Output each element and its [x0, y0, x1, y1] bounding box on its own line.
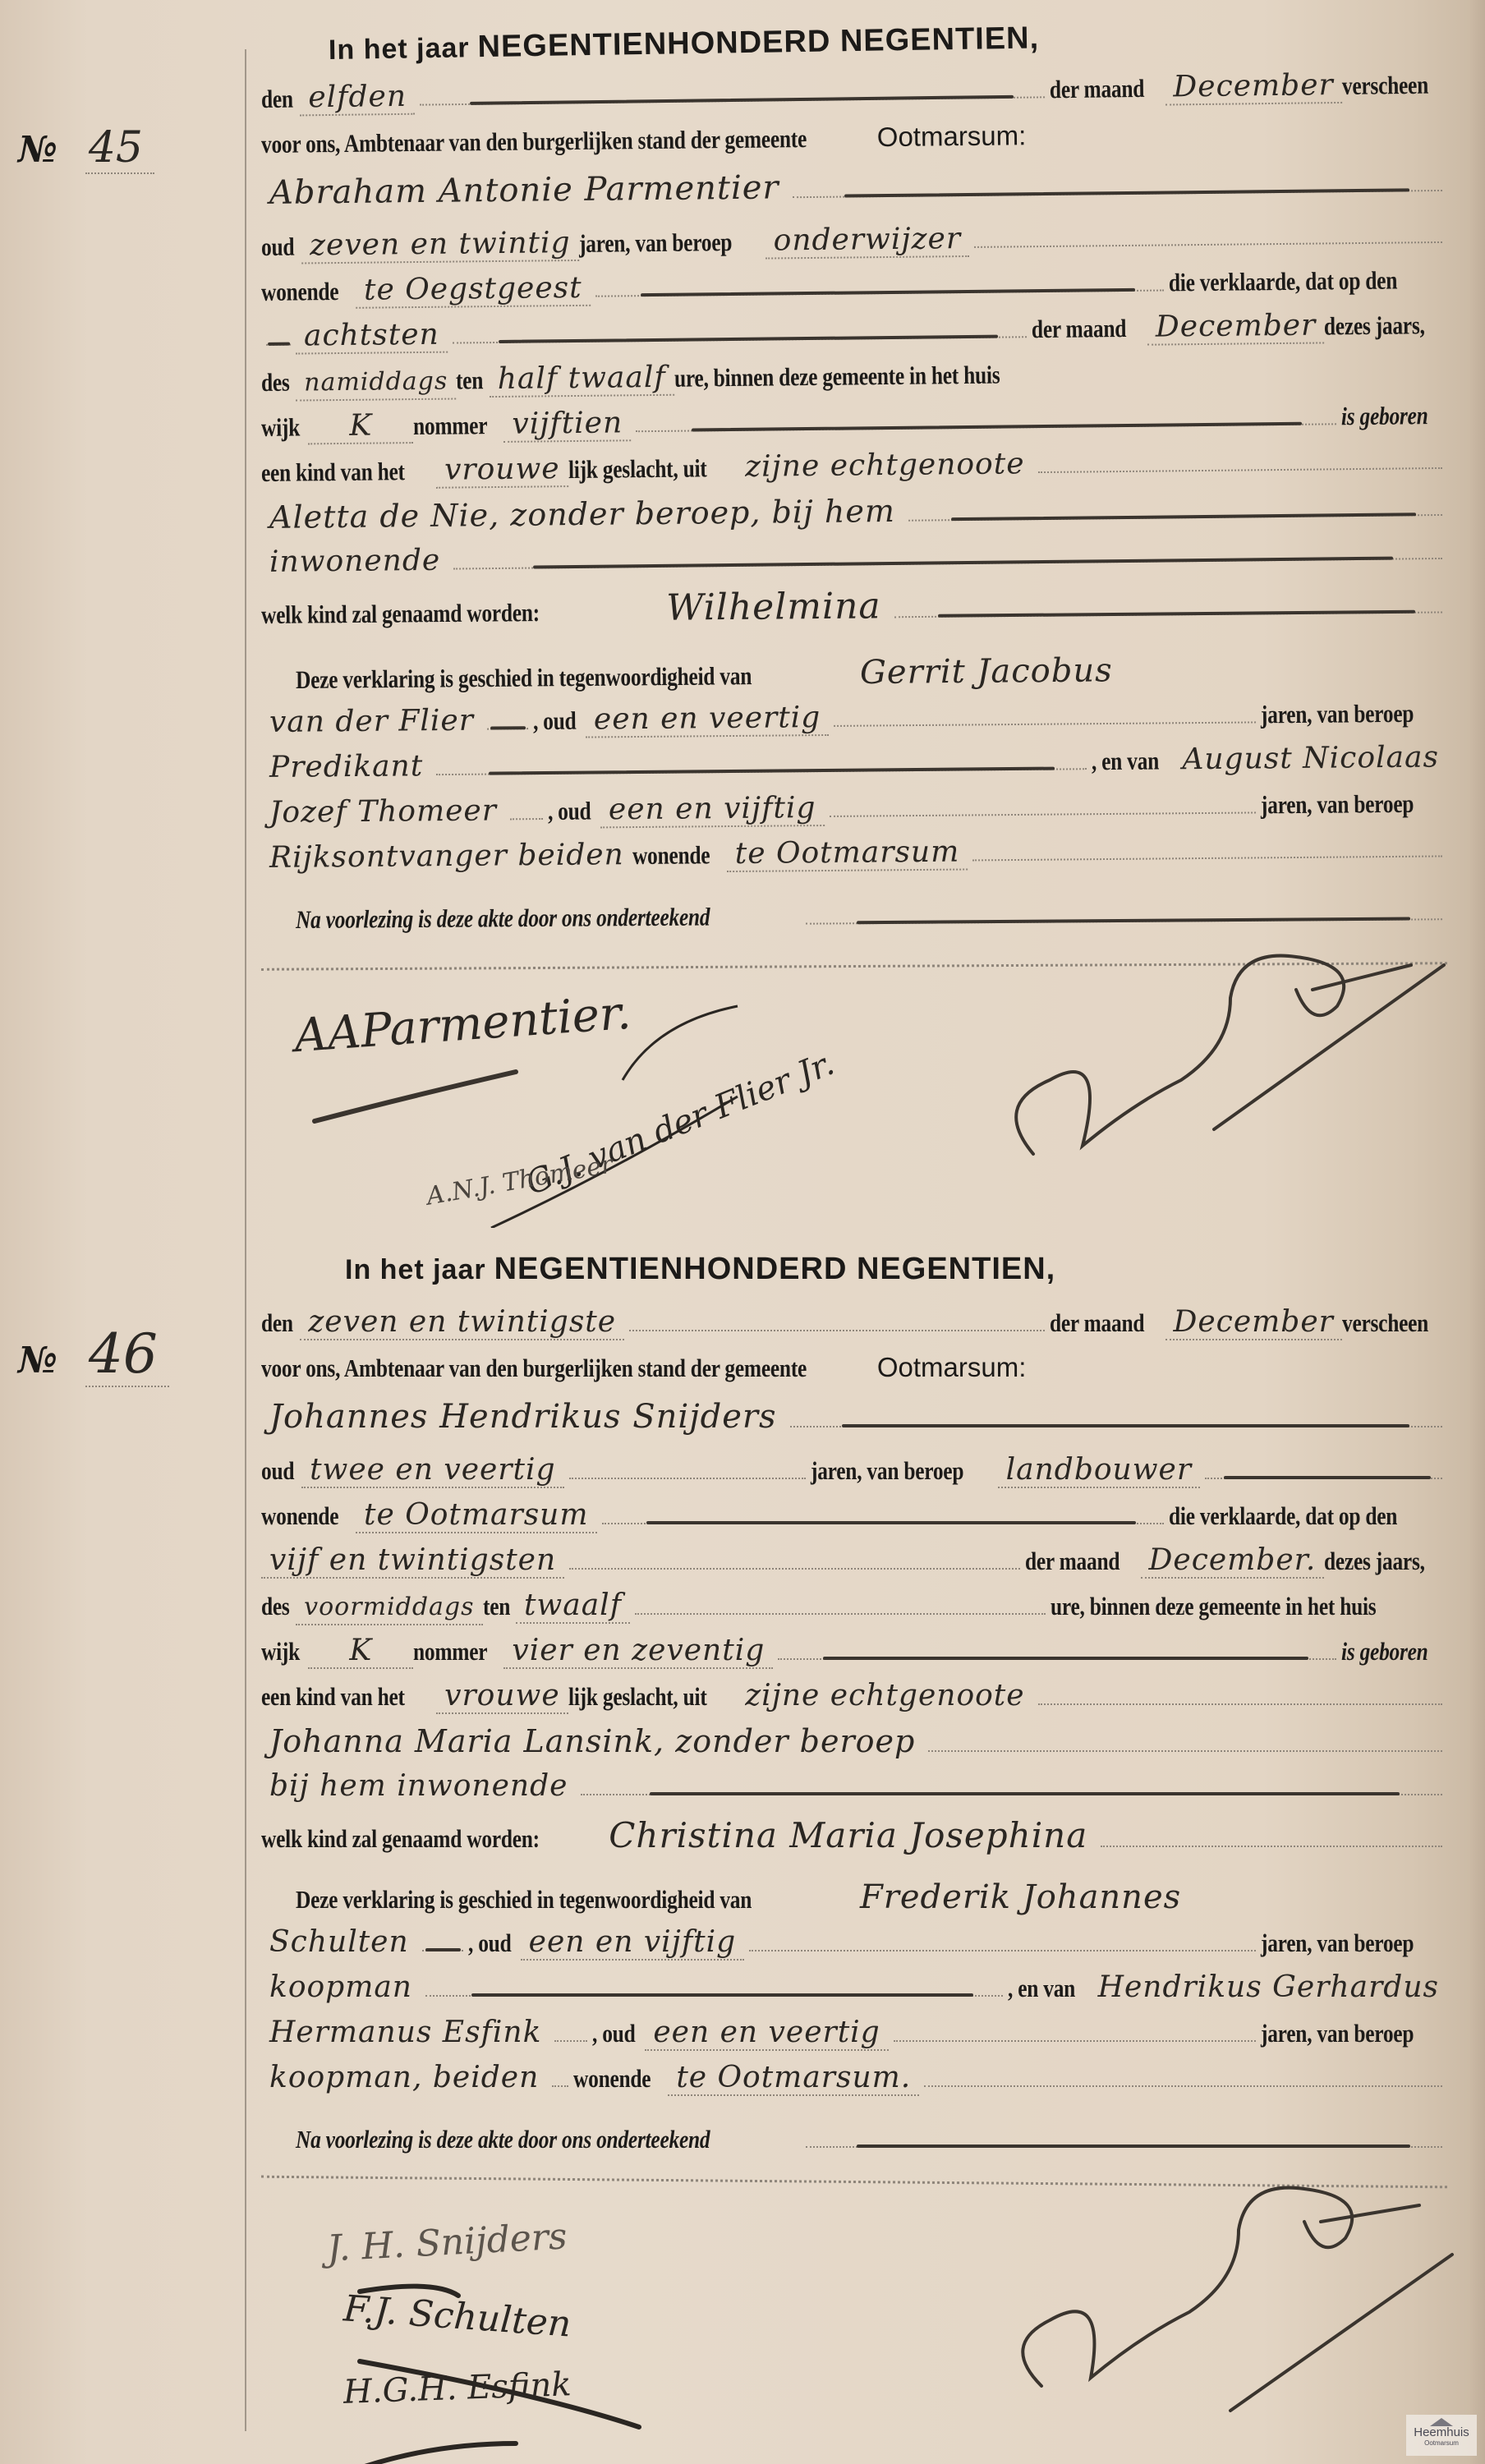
time-line: des voormiddags ten twaalf ure, binnen d… [261, 1589, 1447, 1625]
fill-line [792, 172, 1442, 198]
witness1-occupation: Predikant [261, 750, 432, 784]
birth-month: December. [1141, 1544, 1325, 1579]
house-line: wijk K nommer vier en zeventig is gebore… [261, 1634, 1447, 1669]
label-voor-ons: voor ons, Ambtenaar van den burgerlijken… [261, 1352, 807, 1385]
witness1-line: Schulten , oud een en vijftig jaren, van… [261, 1926, 1447, 1961]
signature-declarant: J. H. Snijders [326, 2215, 568, 2269]
label-der-maand: der maand [1050, 72, 1145, 106]
fill-line [552, 2067, 568, 2087]
fill-line [1205, 1460, 1442, 1479]
heading-prefix: In het jaar [345, 1253, 486, 1286]
label-en-van: , en van [1092, 744, 1159, 778]
fill-line [749, 1932, 1256, 1951]
declarant-age: twee en veertig [301, 1454, 563, 1488]
fill-line [928, 1732, 1442, 1752]
mother-line-3: bij hem inwonende [261, 1770, 576, 1803]
label-oud: , oud [468, 1927, 511, 1960]
label-wonende: wonende [261, 275, 339, 309]
municipality: Ootmarsum: [877, 119, 1027, 154]
house-number: vijftien [503, 407, 631, 443]
declarant-age: zeven en twintig [301, 227, 579, 264]
label-is-geboren: is geboren [1341, 1635, 1428, 1668]
fill-line [1101, 1827, 1442, 1847]
label-den: den [261, 83, 293, 116]
label-jaren-beroep: jaren, van beroep [1261, 2017, 1414, 2050]
sex-value: vrouwe [436, 453, 568, 489]
fill-line [1038, 1685, 1442, 1705]
house-line: wijk K nommer vijftien is geboren [261, 398, 1447, 445]
label-wijk: wijk [261, 1635, 300, 1668]
label-oud: oud [261, 1455, 294, 1487]
label-jaren-beroep: jaren, van beroep [1261, 1927, 1414, 1960]
fill-line [894, 593, 1442, 618]
fill-line [908, 496, 1442, 522]
fill-line [806, 900, 1442, 924]
label-wijk: wijk [261, 411, 300, 444]
watermark-logo: Heemhuis Ootmarsum [1406, 2415, 1477, 2456]
label-wonende: wonende [261, 1500, 338, 1533]
margin-rule [245, 49, 246, 2431]
label-der-maand: der maand [1050, 1307, 1144, 1340]
heading-line: In het jaar NEGENTIENHONDERD NEGENTIEN, [345, 1253, 1447, 1286]
official-line: voor ons, Ambtenaar van den burgerlijken… [261, 1351, 1447, 1385]
child-name-line: welk kind zal genaamd worden: Christina … [261, 1819, 1447, 1855]
birth-month: December [1147, 309, 1325, 345]
signature-area: AAParmentier. G.J. van der Flier Jr. A.N… [261, 965, 1447, 1228]
label-deze-verklaring: Deze verklaring is geschied in tegenwoor… [296, 1883, 752, 1916]
heading-year: NEGENTIENHONDERD NEGENTIEN, [477, 21, 1039, 63]
label-jaren-beroep: jaren, van beroep [1261, 788, 1414, 822]
witness2-occupation: Rijksontvanger beiden [261, 839, 632, 875]
residence-line: wonende te Ootmarsum die verklaarde, dat… [261, 1499, 1447, 1533]
mother-line-cont: inwonende [261, 534, 1447, 579]
witness1-occupation-line: koopman , en van Hendrikus Gerhardus [261, 1971, 1447, 2005]
fill-line [436, 750, 1087, 775]
fill-line [894, 2022, 1256, 2042]
label-lijk-geslacht: lijk geslacht, uit [568, 1680, 707, 1713]
declarant-residence: te Oegstgeest [356, 272, 591, 309]
mother-line-3: inwonende [261, 545, 449, 579]
witness-intro-line: Deze verklaring is geschied in tegenwoor… [296, 651, 1447, 696]
number-symbol: № [18, 1340, 57, 1381]
declarant-residence: te Ootmarsum [356, 1499, 596, 1533]
record-number-value: 46 [85, 1322, 169, 1387]
underline-flourish-icon [335, 2279, 746, 2464]
witness2-name-b: Hermanus Esfink [261, 2016, 549, 2049]
witness2-occupation: koopman, beiden [261, 2062, 547, 2094]
label-een-kind: een kind van het [261, 455, 405, 490]
watermark-place: Ootmarsum [1406, 2439, 1477, 2448]
closing-line: Na voorlezing is deze akte door ons onde… [296, 895, 1447, 936]
sex-line: een kind van het vrouwe lijk geslacht, u… [261, 444, 1447, 490]
declarant-line: Johannes Hendrikus Snijders [261, 1400, 1447, 1433]
hour: half twaalf [490, 361, 674, 398]
label-des: des [261, 1590, 290, 1623]
label-na-voorlezing: Na voorlezing is deze akte door ons onde… [296, 2123, 710, 2156]
label-jaren-beroep: jaren, van beroep [1261, 697, 1414, 732]
fill-line [487, 710, 528, 729]
label-dezes-jaars: dezes jaars, [1324, 309, 1425, 342]
sex-line: een kind van het vrouwe lijk geslacht, u… [261, 1680, 1447, 1714]
watermark-brand: Heemhuis [1406, 2426, 1477, 2439]
hour: twaalf [516, 1589, 630, 1624]
fill-line [425, 1977, 1003, 1997]
label-is-geboren: is geboren [1341, 399, 1428, 433]
witness2-occupation-line: Rijksontvanger beiden wonende te Ootmars… [261, 831, 1447, 876]
label-welk-kind: welk kind zal genaamd worden: [261, 596, 540, 632]
mother-line: Johanna Maria Lansink, zonder beroep [261, 1725, 1447, 1758]
label-na-voorlezing: Na voorlezing is deze akte door ons onde… [296, 900, 710, 936]
time-line: des namiddags ten half twaalf ure, binne… [261, 353, 1447, 402]
fill-line [453, 540, 1442, 570]
witness1-occupation-line: Predikant , en van August Nicolaas [261, 741, 1447, 785]
child-name: Christina Maria Josephina [600, 1819, 1096, 1852]
label-jaren-beroep: jaren, van beroep [811, 1455, 963, 1487]
closing-line: Na voorlezing is deze akte door ons onde… [296, 2123, 1447, 2156]
fill-line [602, 1505, 1164, 1524]
fill-line [510, 800, 543, 820]
mother-line-cont: bij hem inwonende [261, 1770, 1447, 1803]
label-ure-binnen: ure, binnen deze gemeente in het huis [674, 359, 1000, 395]
label-nommer: nommer [413, 1635, 487, 1668]
house-roof-icon [1430, 2418, 1453, 2426]
mother-line-2: Johanna Maria Lansink, zonder beroep [261, 1725, 923, 1758]
label-oud: , oud [548, 794, 591, 827]
fill-line [581, 1776, 1442, 1795]
fill-line [636, 405, 1336, 432]
house-number: vier en zeventig [503, 1634, 773, 1669]
label-die-verklaarde: die verklaarde, dat op den [1168, 264, 1397, 300]
official-line: voor ons, Ambtenaar van den burgerlijken… [261, 115, 1447, 161]
date-line: den elfden der maand December verscheen [261, 67, 1447, 117]
fill-line [266, 326, 291, 346]
declarant-occupation: landbouwer [998, 1454, 1200, 1488]
record-number: № 46 [18, 1322, 169, 1387]
residence-line: wonende te Oegstgeest die verklaarde, da… [261, 263, 1447, 310]
number-symbol: № [18, 129, 57, 171]
label-ure-binnen: ure, binnen deze gemeente in het huis [1051, 1590, 1376, 1623]
label-voor-ons: voor ons, Ambtenaar van den burgerlijken… [261, 122, 807, 161]
witness1-occupation: koopman [261, 1971, 421, 2004]
fill-line [629, 1312, 1045, 1331]
label-een-kind: een kind van het [261, 1680, 405, 1713]
mother-line-1: zijne echtgenoote [737, 1680, 1032, 1712]
mother-line-1: zijne echtgenoote [737, 448, 1033, 484]
witness1-age: een en vijftig [521, 1926, 745, 1961]
label-die-verklaarde: die verklaarde, dat op den [1169, 1500, 1397, 1533]
record-number-value: 45 [85, 123, 154, 174]
label-verscheen: verscheen [1342, 1307, 1428, 1340]
witness2-name-a: Hendrikus Gerhardus [1090, 1971, 1447, 2004]
heading-line: In het jaar NEGENTIENHONDERD NEGENTIEN, [329, 16, 1447, 67]
month-field: December [1165, 1306, 1342, 1340]
witnesses-residence: te Ootmarsum [727, 835, 968, 872]
fill-line [569, 1460, 807, 1479]
witness2-occupation-line: koopman, beiden wonende te Ootmarsum. [261, 2062, 1447, 2096]
witness1-name-b: Schulten [261, 1926, 417, 1959]
birth-date-line: vijf en twintigsten der maand December. … [261, 1544, 1447, 1579]
witness2-line: Hermanus Esfink , oud een en veertig jar… [261, 2016, 1447, 2051]
label-dezes-jaars: dezes jaars, [1324, 1545, 1425, 1578]
month-field: December [1165, 69, 1342, 106]
label-verscheen: verscheen [1342, 69, 1429, 103]
fill-line [790, 1408, 1442, 1427]
fill-line [834, 703, 1256, 726]
witness1-age: een en veertig [586, 701, 830, 738]
fill-line [778, 1640, 1336, 1660]
witness1-name-b: van der Flier [261, 705, 482, 739]
official-signature-icon [984, 940, 1477, 1187]
witness2-age: een en veertig [645, 2016, 888, 2051]
child-name-line: welk kind zal genaamd worden: Wilhelmina [261, 585, 1447, 632]
birth-day: vijf en twintigsten [261, 1544, 564, 1579]
witness2-name-a: August Nicolaas [1174, 741, 1447, 776]
declarant-name: Johannes Hendrikus Snijders [261, 1400, 785, 1433]
label-des: des [261, 366, 290, 399]
fill-line [453, 318, 1028, 343]
birth-day: achtsten [296, 319, 448, 355]
label-en-van: , en van [1008, 1972, 1075, 2005]
label-oud: oud [261, 231, 295, 264]
witness1-name-a: Gerrit Jacobus [852, 654, 1121, 689]
label-lijk-geslacht: lijk geslacht, uit [568, 452, 706, 486]
fill-line [569, 1550, 1020, 1570]
sex-value: vrouwe [436, 1680, 568, 1714]
fill-line [595, 271, 1163, 297]
witness-intro-line: Deze verklaring is geschied in tegenwoor… [296, 1881, 1447, 1916]
fill-line [420, 78, 1045, 105]
birth-date-line: achtsten der maand December dezes jaars, [261, 308, 1447, 355]
witness2-name-b: Jozef Thomeer [261, 794, 505, 830]
fill-line [829, 793, 1256, 817]
fill-line [974, 223, 1442, 248]
label-den: den [261, 1307, 293, 1340]
label-der-maand: der maand [1025, 1545, 1119, 1578]
child-name: Wilhelmina [600, 590, 890, 625]
fill-line [1037, 449, 1442, 473]
age-occupation-line: oud zeven en twintig jaren, van beroep o… [261, 218, 1447, 264]
fill-line [924, 2067, 1442, 2087]
label-wonende: wonende [632, 839, 710, 872]
declarant-name: Abraham Antonie Parmentier [261, 171, 788, 209]
witness2-line: Jozef Thomeer , oud een en vijftig jaren… [261, 786, 1447, 831]
fill-line [972, 837, 1442, 861]
label-deze-verklaring: Deze verklaring is geschied in tegenwoor… [296, 660, 752, 696]
witness1-name-a: Frederik Johannes [852, 1881, 1189, 1914]
signature-area: J. H. Snijders F.J. Schulten H.G.H. Esfi… [261, 2181, 1447, 2460]
fill-line [635, 1595, 1046, 1615]
label-wonende: wonende [573, 2062, 651, 2095]
wijk-value: K [308, 1634, 413, 1669]
mother-line: Aletta de Nie, zonder beroep, bij hem [261, 489, 1447, 534]
label-welk-kind: welk kind zal genaamd worden: [261, 1823, 540, 1855]
day-field: zeven en twintigste [300, 1306, 624, 1340]
label-der-maand: der maand [1032, 312, 1127, 346]
label-oud: , oud [533, 705, 577, 738]
date-line: den zeven en twintigste der maand Decemb… [261, 1306, 1447, 1340]
mother-line-2: Aletta de Nie, zonder beroep, bij hem [261, 494, 903, 534]
declarant-line: Abraham Antonie Parmentier [261, 164, 1447, 209]
municipality: Ootmarsum: [877, 1351, 1027, 1384]
heading-year: NEGENTIENHONDERD NEGENTIEN, [494, 1253, 1056, 1285]
fill-line [422, 1932, 463, 1951]
time-of-day: namiddags [296, 365, 457, 402]
fill-line [554, 2022, 587, 2042]
label-nommer: nommer [413, 409, 488, 443]
official-signature-icon [984, 2164, 1477, 2427]
day-field: elfden [300, 80, 415, 117]
heading-prefix: In het jaar [329, 31, 470, 67]
label-jaren-beroep: jaren, van beroep [578, 226, 732, 260]
age-occupation-line: oud twee en veertig jaren, van beroep la… [261, 1454, 1447, 1488]
label-ten: ten [456, 364, 484, 397]
label-ten: ten [483, 1590, 510, 1623]
witness1-line: van der Flier , oud een en veertig jaren… [261, 696, 1447, 741]
label-oud: , oud [592, 2017, 635, 2050]
wijk-value: K [308, 409, 413, 444]
declarant-occupation: onderwijzer [765, 223, 969, 260]
time-of-day: voormiddags [296, 1591, 482, 1625]
fill-line [806, 2128, 1442, 2148]
witnesses-residence: te Ootmarsum. [668, 2062, 919, 2096]
record-number: № 45 [18, 123, 154, 174]
page-edge [1470, 0, 1485, 2464]
witness2-age: een en vijftig [600, 792, 825, 828]
